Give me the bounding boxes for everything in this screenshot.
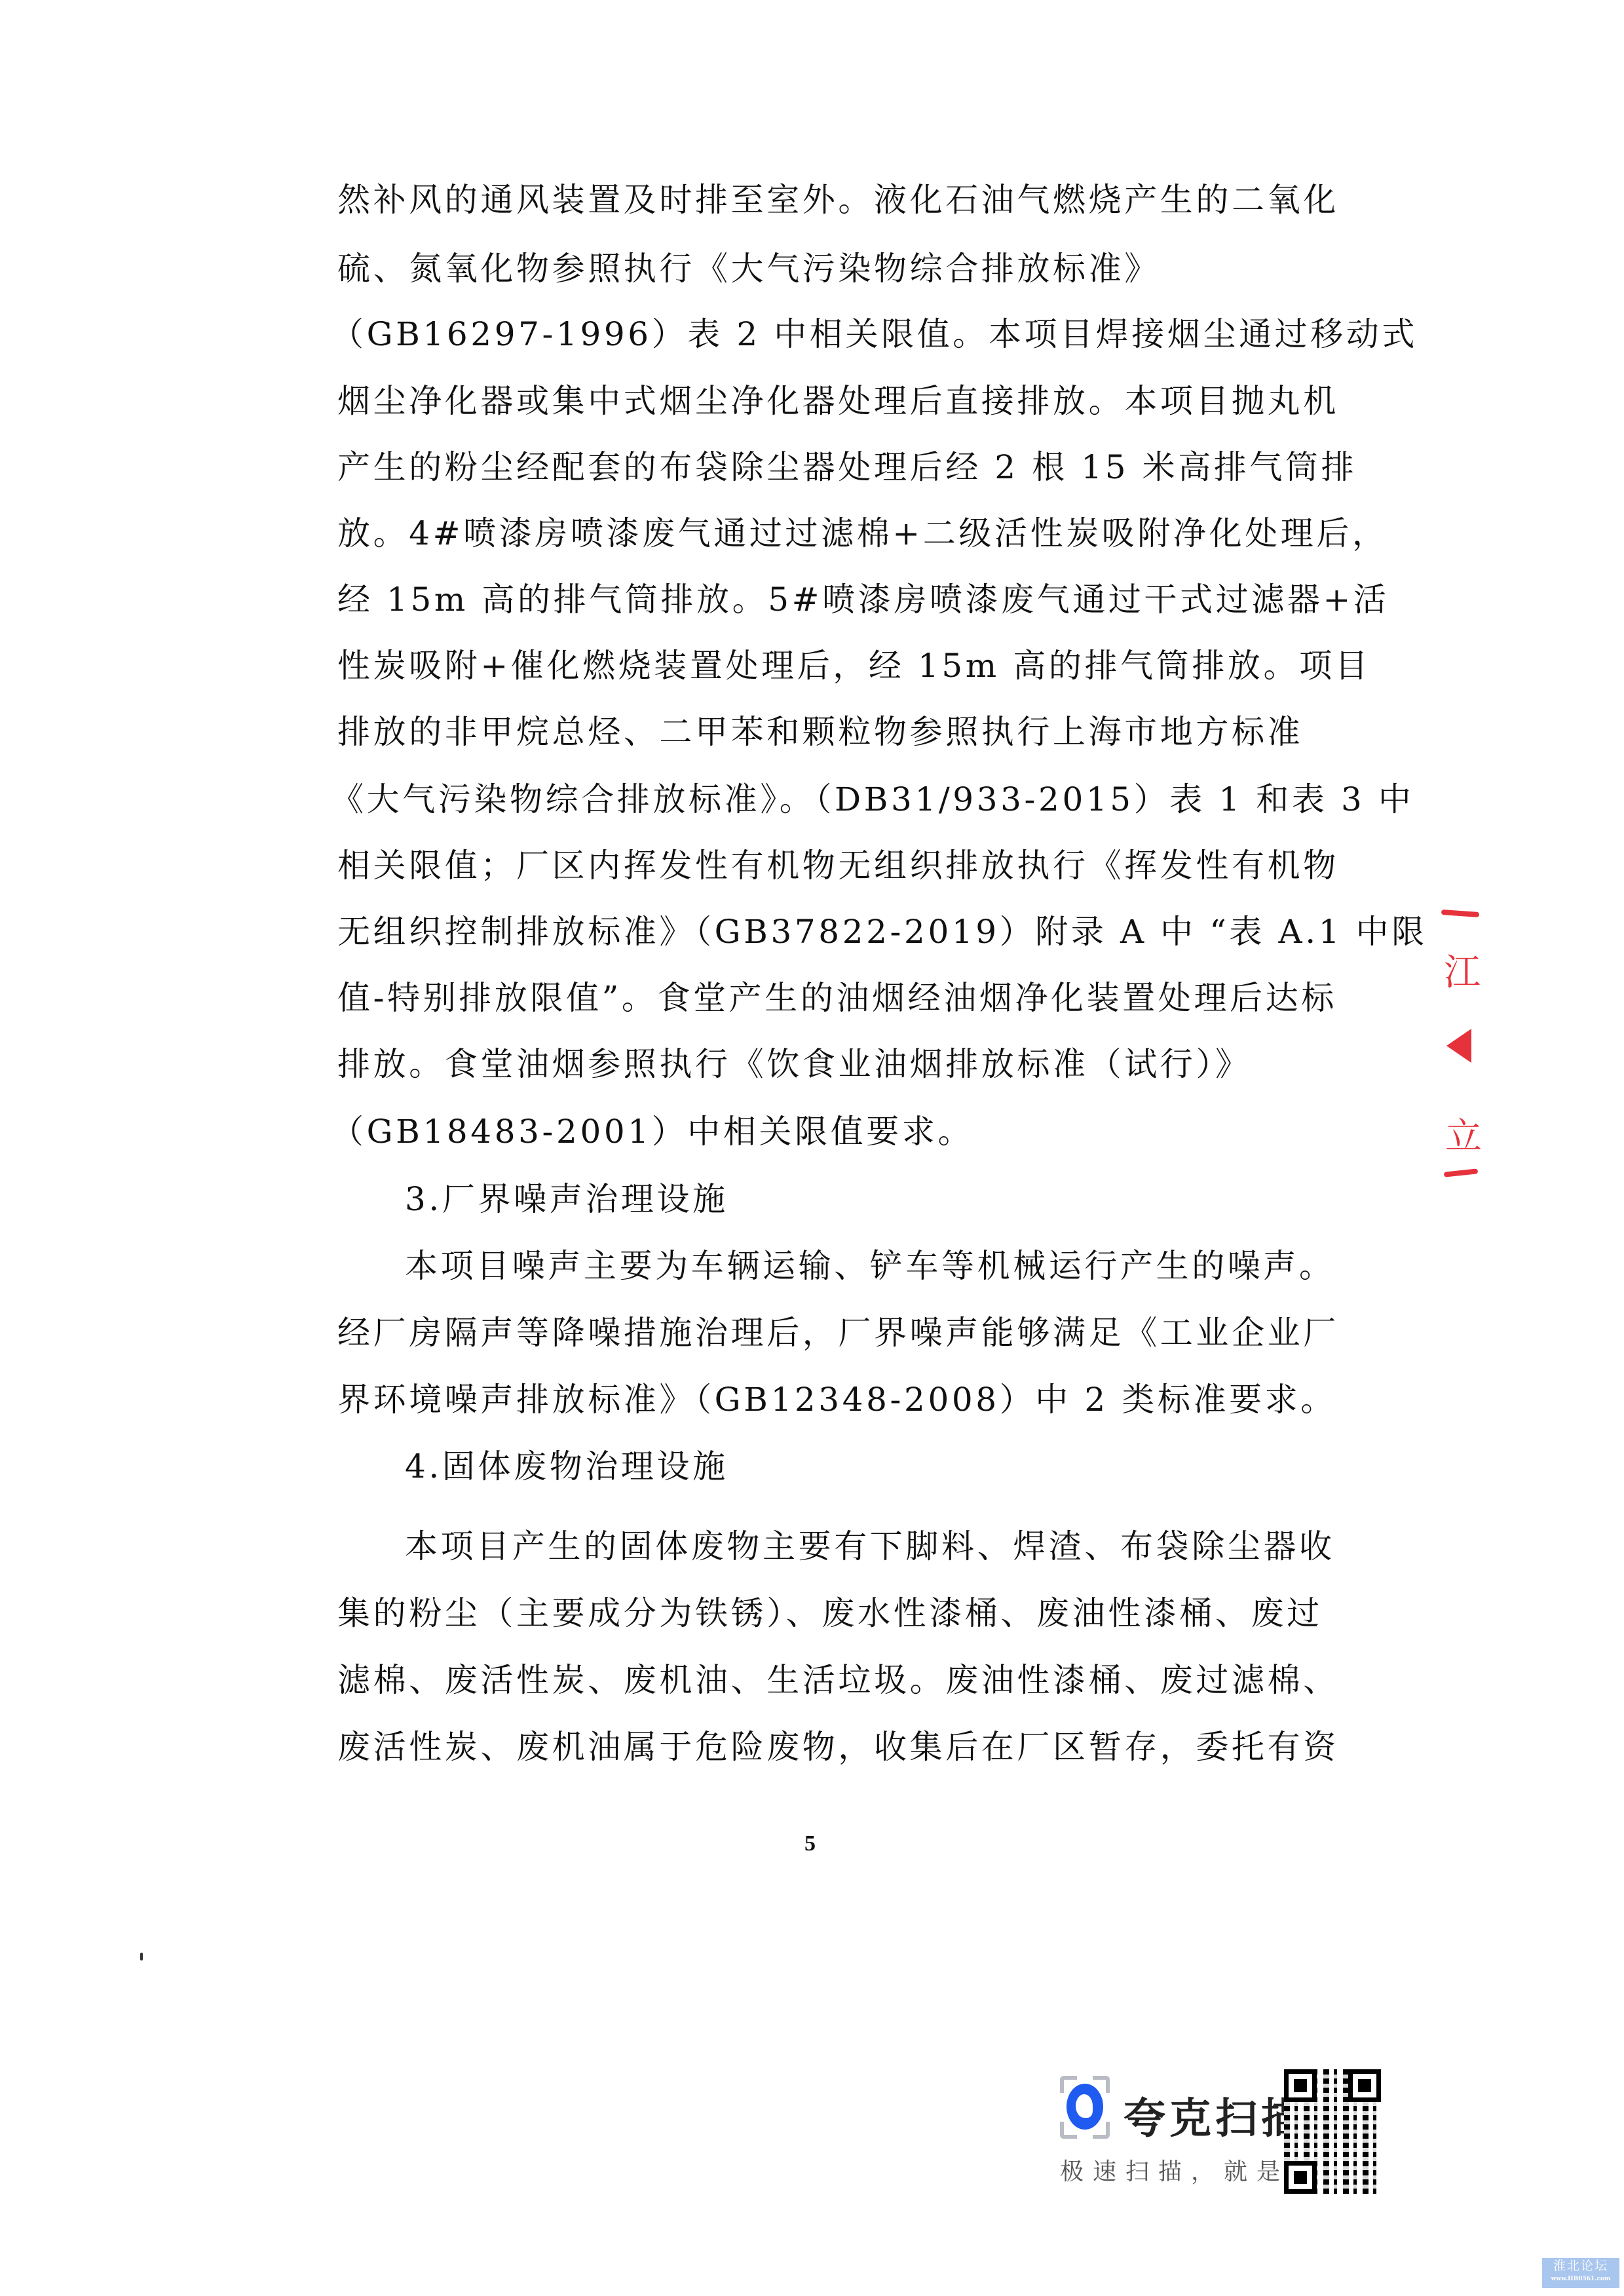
stamp-border xyxy=(1441,909,1479,917)
body-line: 无组织控制排放标准》（GB37822-2019）附录 A 中 “表 A.1 中限 xyxy=(337,912,1294,951)
body-line: 硫、氮氧化物参照执行《大气污染物综合排放标准》 xyxy=(337,249,1294,288)
body-line: 值-特别排放限值”。食堂产生的油烟经油烟净化装置处理后达标 xyxy=(337,978,1294,1018)
body-line: 排放的非甲烷总烃、二甲苯和颗粒物参照执行上海市地方标准 xyxy=(337,712,1294,752)
body-line: 相关限值；厂区内挥发性有机物无组织排放执行《挥发性有机物 xyxy=(337,846,1294,885)
watermark-url: www.HB0561.com xyxy=(1542,2274,1619,2284)
scanner-app-banner: 夸克扫描王 极速扫描，就是高效 xyxy=(1048,2051,1507,2202)
body-line: 界环境噪声排放标准》（GB12348-2008）中 2 类标准要求。 xyxy=(337,1380,1294,1419)
scan-artifact xyxy=(140,1953,143,1961)
body-line: 烟尘净化器或集中式烟尘净化器处理后直接排放。本项目抛丸机 xyxy=(337,381,1294,421)
body-line: 本项目噪声主要为车辆运输、铲车等机械运行产生的噪声。 xyxy=(405,1246,1361,1286)
body-line: 产生的粉尘经配套的布袋除尘器处理后经 2 根 15 米高排气筒排 xyxy=(337,448,1294,487)
body-line: 性炭吸附+催化燃烧装置处理后，经 15m 高的排气筒排放。项目 xyxy=(337,646,1294,685)
body-line: 排放。食堂油烟参照执行《饮食业油烟排放标准（试行）》 xyxy=(337,1044,1294,1084)
body-line: 集的粉尘（主要成分为铁锈）、废水性漆桶、废油性漆桶、废过 xyxy=(337,1594,1294,1633)
forum-watermark: 淮北论坛 www.HB0561.com xyxy=(1542,2258,1619,2288)
qr-code-icon xyxy=(1284,2069,1381,2194)
body-line: （GB16297-1996）表 2 中相关限值。本项目焊接烟尘通过移动式 xyxy=(331,315,1287,354)
body-line: （GB18483-2001）中相关限值要求。 xyxy=(331,1112,1287,1151)
body-line: 本项目产生的固体废物主要有下脚料、焊渣、布袋除尘器收 xyxy=(405,1527,1361,1566)
watermark-title: 淮北论坛 xyxy=(1542,2258,1619,2274)
quark-scanner-logo-icon xyxy=(1060,2076,1110,2139)
body-line: 经 15m 高的排气筒排放。5#喷漆房喷漆废气通过干式过滤器+活 xyxy=(337,580,1294,619)
section-heading-noise: 3.厂界噪声治理设施 xyxy=(405,1179,1361,1219)
body-line: 然补风的通风装置及时排至室外。液化石油气燃烧产生的二氧化 xyxy=(337,180,1294,220)
stamp-char: 立 xyxy=(1445,1107,1482,1160)
body-line: 经厂房隔声等降噪措施治理后，厂界噪声能够满足《工业企业厂 xyxy=(337,1313,1294,1352)
section-heading-solid-waste: 4.固体废物治理设施 xyxy=(405,1447,1361,1486)
scanned-document-page: 然补风的通风装置及时排至室外。液化石油气燃烧产生的二氧化 硫、氮氧化物参照执行《… xyxy=(0,0,1624,2296)
stamp-star-icon xyxy=(1446,1029,1471,1063)
red-seal-stamp: 江 立 xyxy=(1441,911,1520,1186)
body-line: 滤棉、废活性炭、废机油、生活垃圾。废油性漆桶、废过滤棉、 xyxy=(337,1660,1294,1700)
stamp-char: 江 xyxy=(1444,944,1481,996)
body-line: 《大气污染物综合排放标准》。（DB31/933-2015）表 1 和表 3 中 xyxy=(331,780,1287,819)
stamp-border xyxy=(1444,1168,1479,1177)
body-line: 放。4#喷漆房喷漆废气通过过滤棉+二级活性炭吸附净化处理后， xyxy=(337,514,1294,553)
page-number: 5 xyxy=(804,1831,816,1856)
body-line: 废活性炭、废机油属于危险废物，收集后在厂区暂存，委托有资 xyxy=(337,1727,1294,1767)
